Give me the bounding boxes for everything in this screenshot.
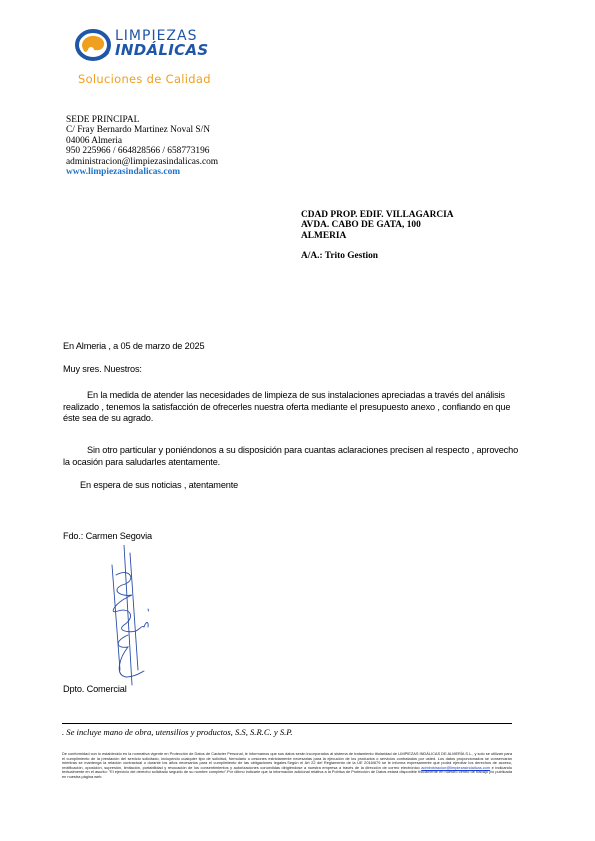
sender-email[interactable]: administracion@limpiezasindalicas.com [66, 157, 218, 167]
logo-brand-line2: INDÁLICAS [115, 43, 208, 57]
recipient-block: CDAD PROP. EDIF. VILLAGARCIA AVDA. CABO … [301, 210, 454, 262]
footer-divider [62, 723, 512, 724]
logo-brand-name: LIMPIEZAS INDÁLICAS [115, 29, 208, 57]
sender-address: C/ Fray Bernardo Martinez Noval S/N [66, 125, 218, 135]
sender-phones: 950 225966 / 664828566 / 658773196 [66, 146, 218, 156]
recipient-line2: AVDA. CABO DE GATA, 100 [301, 220, 454, 230]
recipient-line1: CDAD PROP. EDIF. VILLAGARCIA [301, 210, 454, 220]
sender-postal-city: 04006 Almeria [66, 136, 218, 146]
logo-mark-icon [75, 28, 111, 62]
date-line: En Almeria , a 05 de marzo de 2025 [63, 341, 204, 353]
sender-title: SEDE PRINCIPAL [66, 115, 218, 125]
paragraph-2-text: Sin otro particular y poniéndonos a su d… [63, 445, 518, 467]
department-name: Dpto. Comercial [63, 684, 127, 696]
paragraph-2: Sin otro particular y poniéndonos a su d… [63, 445, 523, 468]
sender-website-link[interactable]: www.limpiezasindalicas.com [66, 167, 218, 177]
company-logo: LIMPIEZAS INDÁLICAS Soluciones de Calida… [75, 24, 245, 88]
handwritten-signature [100, 545, 160, 690]
paragraph-1: En la medida de atender las necesidades … [63, 390, 523, 425]
signer-name: Fdo.: Carmen Segovia [63, 531, 152, 543]
recipient-line3: ALMERIA [301, 231, 454, 241]
sender-block: SEDE PRINCIPAL C/ Fray Bernardo Martinez… [66, 115, 218, 177]
closing-line: En espera de sus noticias , atentamente [80, 480, 238, 492]
logo-tagline: Soluciones de Calidad [78, 72, 211, 86]
greeting: Muy sres. Nuestros: [63, 364, 142, 376]
legal-notice: De conformidad con lo establecido en la … [62, 752, 512, 780]
paragraph-1-text: En la medida de atender las necesidades … [63, 390, 510, 423]
recipient-attention: A/A.: Trito Gestion [301, 251, 454, 261]
footer-note: . Se incluye mano de obra, utensilios y … [62, 727, 293, 737]
